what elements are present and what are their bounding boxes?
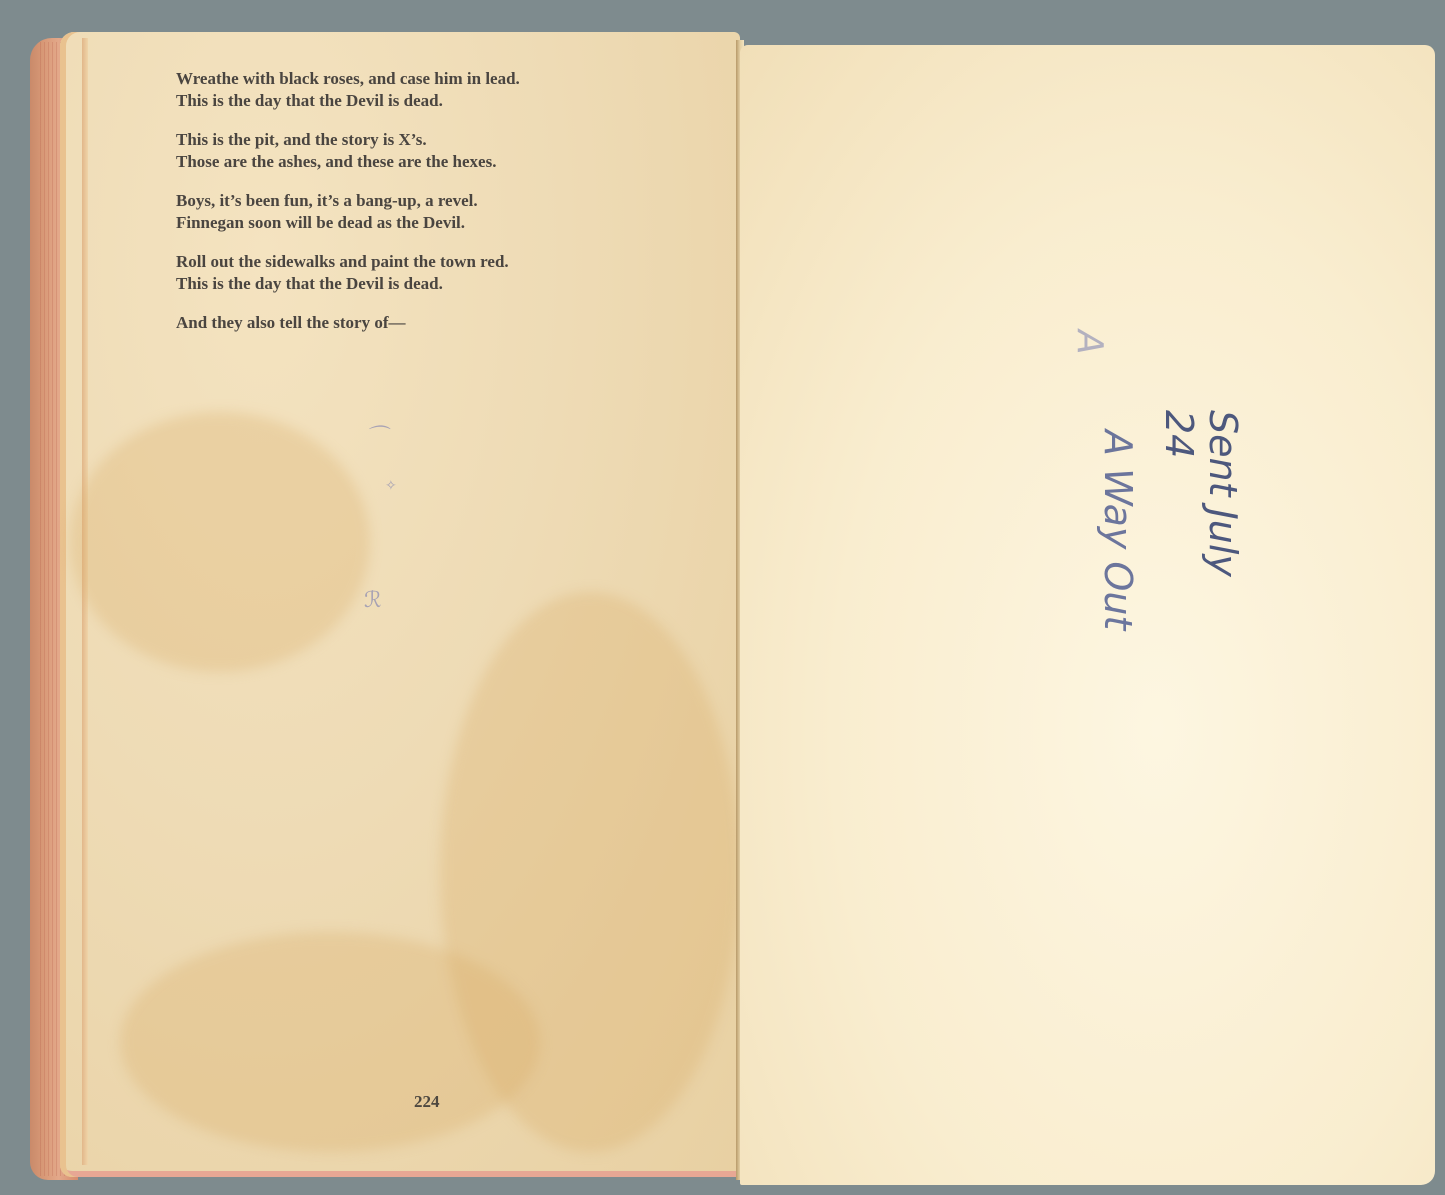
handwritten-title: A Way Out — [1096, 430, 1140, 630]
ink-mark: ⌒ — [365, 420, 387, 451]
handwritten-faint-letter: A — [1069, 330, 1110, 355]
stanza: Wreathe with black roses, and case him i… — [176, 68, 646, 112]
stanza: Boys, it’s been fun, it’s a bang-up, a r… — [176, 190, 646, 234]
ink-mark: ℛ — [364, 588, 382, 613]
water-stain — [120, 932, 540, 1152]
verse-line: Those are the ashes, and these are the h… — [176, 151, 646, 173]
verse-line: This is the day that the Devil is dead. — [176, 90, 646, 112]
verse-line: Wreathe with black roses, and case him i… — [176, 68, 646, 90]
verse-line: Roll out the sidewalks and paint the tow… — [176, 251, 646, 273]
right-page — [740, 45, 1435, 1185]
verse-line: This is the pit, and the story is X’s. — [176, 129, 646, 151]
handwritten-date: Sent July 24 — [1157, 410, 1245, 610]
verse-line: Finnegan soon will be dead as the Devil. — [176, 212, 646, 234]
verse-line: And they also tell the story of— — [176, 312, 646, 334]
stanza: Roll out the sidewalks and paint the tow… — [176, 251, 646, 295]
ink-mark: ✧ — [385, 478, 397, 494]
verse-line: This is the day that the Devil is dead. — [176, 273, 646, 295]
page-number: 224 — [414, 1092, 440, 1112]
stanza: This is the pit, and the story is X’s. T… — [176, 129, 646, 173]
verse-line: Boys, it’s been fun, it’s a bang-up, a r… — [176, 190, 646, 212]
poem-text: Wreathe with black roses, and case him i… — [176, 68, 646, 351]
stanza: And they also tell the story of— — [176, 312, 646, 334]
water-stain — [70, 412, 370, 672]
